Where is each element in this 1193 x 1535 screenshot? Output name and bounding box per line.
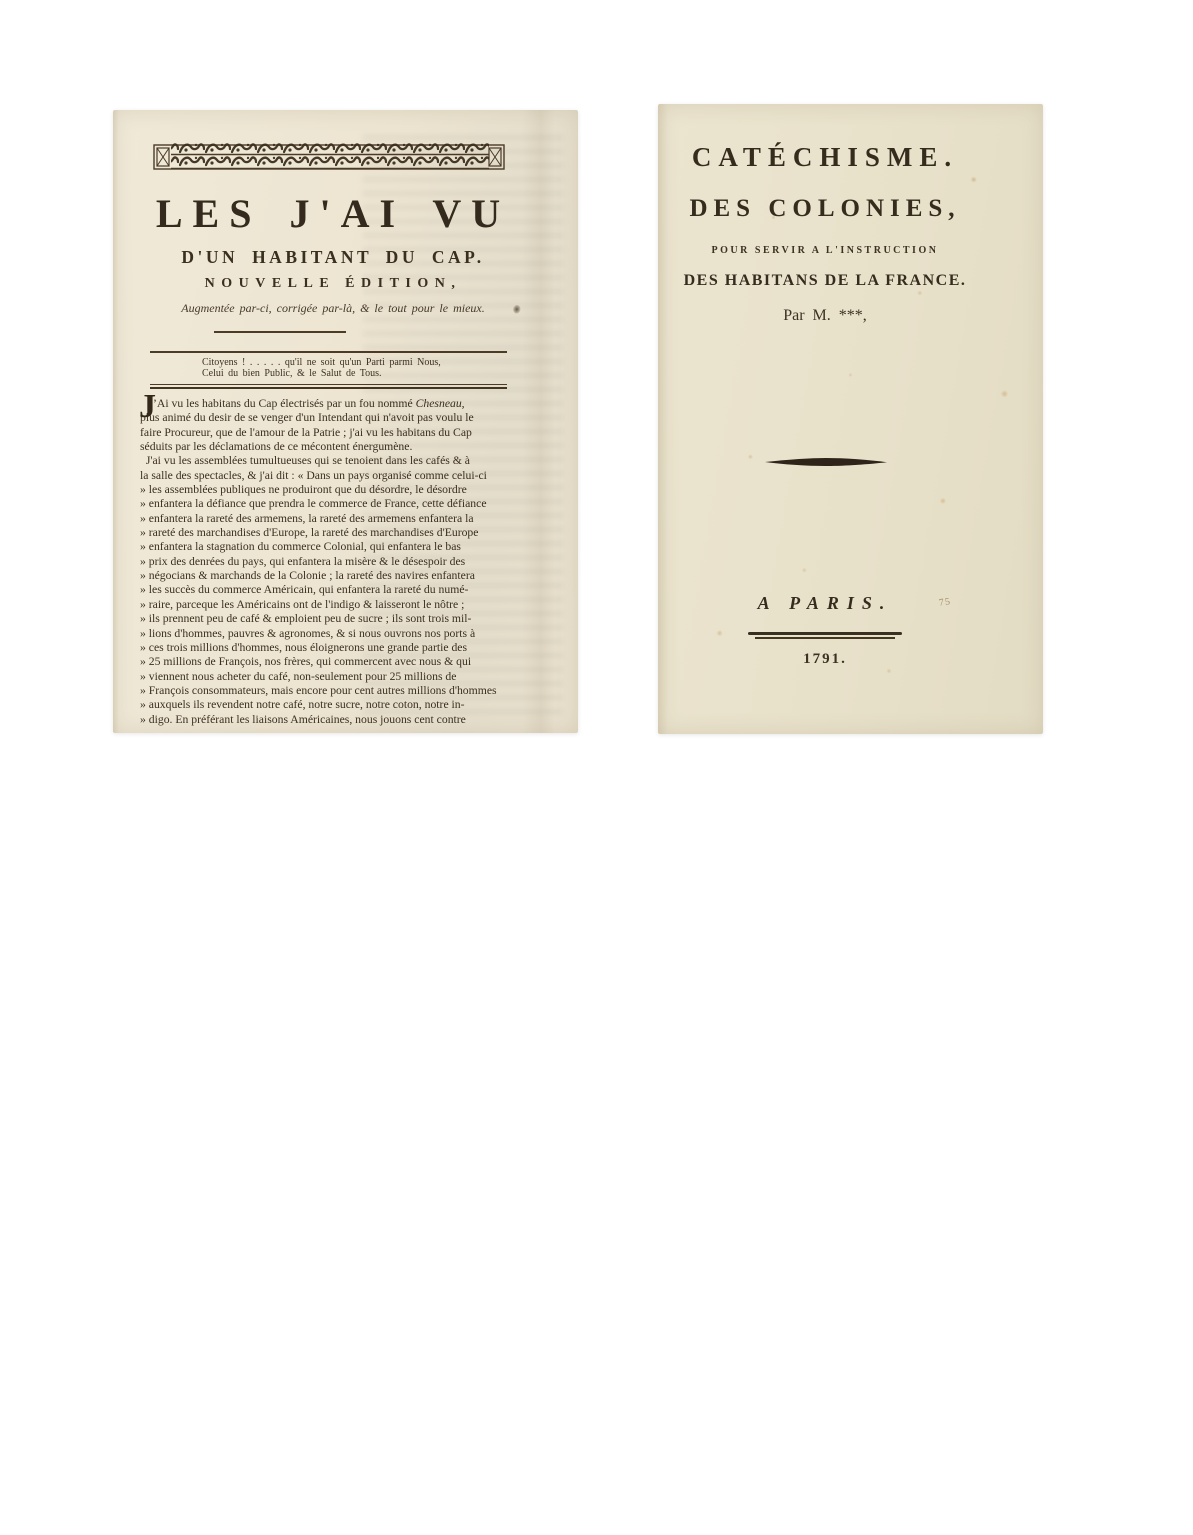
dropcap-initial: J bbox=[139, 392, 156, 422]
epigraph-bottom-thin-rule bbox=[150, 384, 507, 385]
headpiece-ornament bbox=[153, 141, 505, 173]
paragraph-1-opening: ’Ai vu les habitans du Cap électrisés pa… bbox=[153, 397, 416, 410]
short-rule-ornament bbox=[214, 331, 346, 333]
imprint-year: 1791. bbox=[658, 651, 992, 668]
right-page-title-line-2: DES COLONIES, bbox=[658, 195, 992, 223]
left-page: LES J'AI VU D'UN HABITANT DU CAP. NOUVEL… bbox=[113, 110, 578, 733]
paragraph-1-rest: plus animé du desir de se venger d'un In… bbox=[140, 411, 474, 453]
epigraph-top-rule bbox=[150, 351, 507, 353]
epigraph-line-2: Celui du bien Public, & le Salut de Tous… bbox=[202, 368, 507, 380]
left-page-subtitle: D'UN HABITANT DU CAP. bbox=[113, 247, 553, 268]
epigraph-block: Citoyens ! . . . . . qu'il ne soit qu'un… bbox=[150, 351, 507, 389]
left-page-edition-line: NOUVELLE ÉDITION, bbox=[113, 276, 553, 292]
right-page-subtitle-line-1: POUR SERVIR A L'INSTRUCTION bbox=[658, 245, 992, 256]
body-paragraph-2: J'ai vu les assemblées tumultueuses qui … bbox=[140, 454, 540, 727]
paragraph-1-italic-name: Chesneau, bbox=[416, 397, 465, 410]
left-page-edition-note: Augmentée par-ci, corrigée par-là, & le … bbox=[113, 301, 553, 316]
epigraph-line-1: Citoyens ! . . . . . qu'il ne soit qu'un… bbox=[202, 357, 507, 369]
scan-background: LES J'AI VU D'UN HABITANT DU CAP. NOUVEL… bbox=[0, 0, 1193, 1535]
left-page-title: LES J'AI VU bbox=[113, 190, 553, 237]
double-rule-thick-line bbox=[748, 632, 902, 635]
right-page-subtitle-line-2: DES HABITANS DE LA FRANCE. bbox=[658, 272, 992, 290]
right-page-byline: Par M. ***, bbox=[658, 307, 992, 325]
ink-smudge bbox=[508, 302, 523, 316]
body-paragraph-1: J’Ai vu les habitans du Cap électrisés p… bbox=[140, 397, 540, 454]
right-page: CATÉCHISME. DES COLONIES, POUR SERVIR A … bbox=[658, 104, 1043, 734]
epigraph-bottom-thick-rule bbox=[150, 387, 507, 390]
double-rule-thin-line bbox=[755, 637, 895, 639]
handwritten-margin-mark: 75 bbox=[938, 596, 951, 609]
right-page-title-line-1: CATÉCHISME. bbox=[658, 142, 992, 173]
double-rule-ornament bbox=[748, 632, 902, 639]
body-text: J’Ai vu les habitans du Cap électrisés p… bbox=[140, 397, 540, 727]
spindle-rule-ornament bbox=[765, 457, 887, 467]
